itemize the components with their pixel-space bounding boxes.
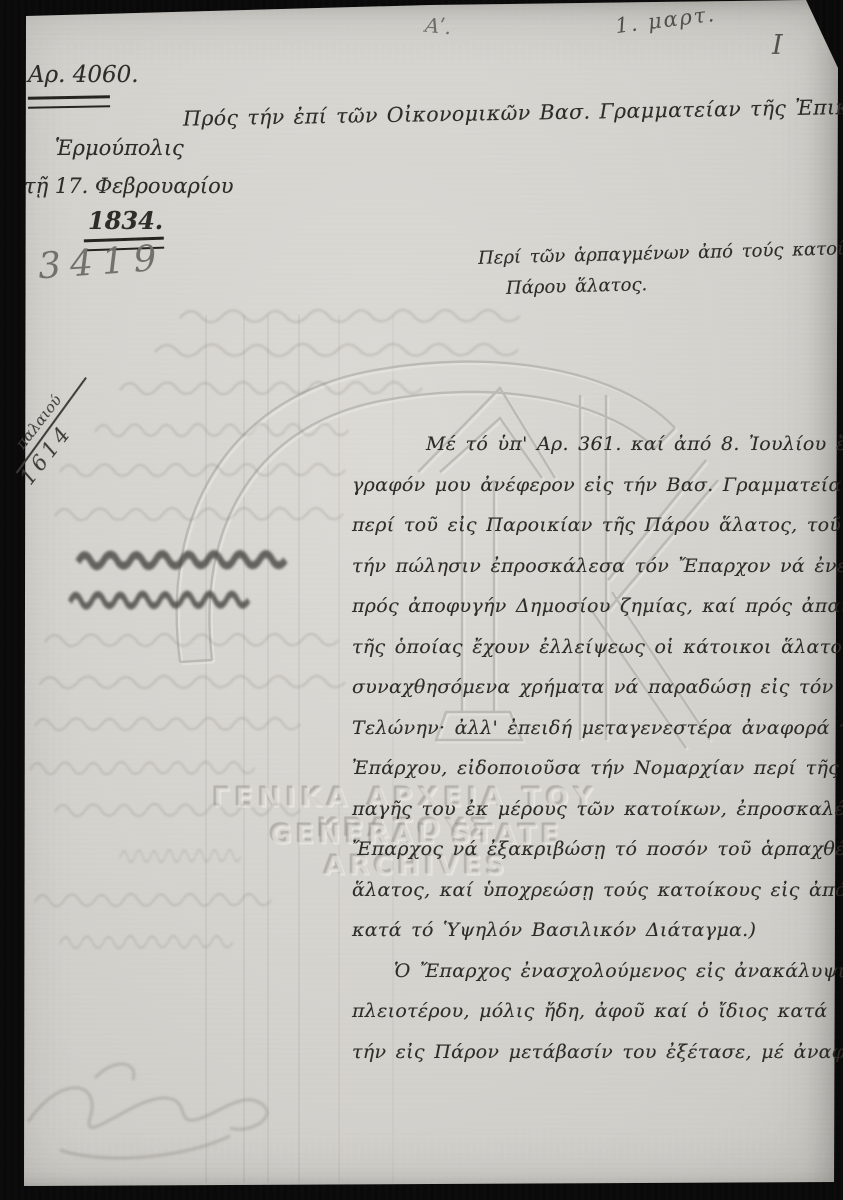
paper-crease (205, 315, 207, 1183)
subject-line-2: Πάρου ἅλατος. (506, 274, 648, 299)
archival-scan-photo: ΓΕΝΙΚΑ ΑΡΧΕΙΑ ΤΟΥ ΚΡΑΤΟΥΣ GENERAL STATE … (0, 0, 843, 1200)
pencil-mark-a: Αʹ. (424, 13, 453, 40)
body-text: Μέ τό ὑπ' Αρ. 361. καί ἀπό 8. Ἰουλίου ἔγ… (352, 424, 838, 1072)
year-line: 1834. (88, 206, 163, 235)
body-line: παγῆς του ἐκ μέρους τῶν κατοίκων, ἐπροσκ… (352, 789, 838, 830)
body-line: Ἔπαρχος νά ἐξακριβώσῃ τό ποσόν τοῦ ἁρπαχ… (352, 829, 838, 870)
paper-crease (243, 315, 245, 1183)
paper-crease (338, 315, 340, 1183)
paper-crease (298, 315, 300, 1183)
body-line: Ὁ Ἔπαρχος ἐνασχολούμενος εἰς ἀνακάλυψιν (352, 951, 838, 992)
doc-number: Αρ. 4060. (28, 62, 139, 88)
body-line: Ἐπάρχου, εἰδοποιοῦσα τήν Νομαρχίαν περί … (352, 748, 838, 789)
body-line: γραφόν μου ἀνέφερον εἰς τήν Βασ. Γραμματ… (352, 465, 838, 506)
body-line: τῆς ὁποίας ἔχουν ἐλλείψεως οἱ κάτοικοι ἅ… (352, 627, 838, 668)
paper-crease (267, 315, 269, 1183)
body-line: πρός ἀποφυγήν Δημοσίου ζημίας, καί πρός … (352, 586, 838, 627)
place-name: Ἑρμούπολις (55, 136, 184, 160)
body-line: Μέ τό ὑπ' Αρ. 361. καί ἀπό 8. Ἰουλίου ἔγ… (352, 424, 838, 465)
doc-number-underline (28, 95, 110, 108)
body-line: περί τοῦ εἰς Παροικίαν τῆς Πάρου ἅλατος,… (352, 505, 838, 546)
body-line: τήν εἰς Πάρον μετάβασίν του ἐξέτασε, μέ … (352, 1032, 838, 1073)
body-line: κατά τό Ὑψηλόν Βασιλικόν Διάταγμα.) (352, 910, 838, 951)
body-line: πλειοτέρου, μόλις ἤδη, ἀφοῦ καί ὁ ἴδιος … (352, 991, 838, 1032)
body-line: ἅλατος, καί ὑποχρεώσῃ τούς κατοίκους εἰς… (352, 870, 838, 911)
pencil-mark-i: Ι (772, 30, 783, 61)
body-line: Τελώνην· ἀλλ' ἐπειδή μεταγενεστέρα ἀναφο… (352, 708, 838, 749)
body-line: τήν πώλησιν ἐπροσκάλεσα τόν Ἔπαρχον νά ἐ… (352, 546, 838, 587)
body-line: συναχθησόμενα χρήματα νά παραδώσῃ εἰς τό… (352, 667, 838, 708)
date-line: τῇ 17. Φεβρουαρίου (24, 174, 234, 198)
